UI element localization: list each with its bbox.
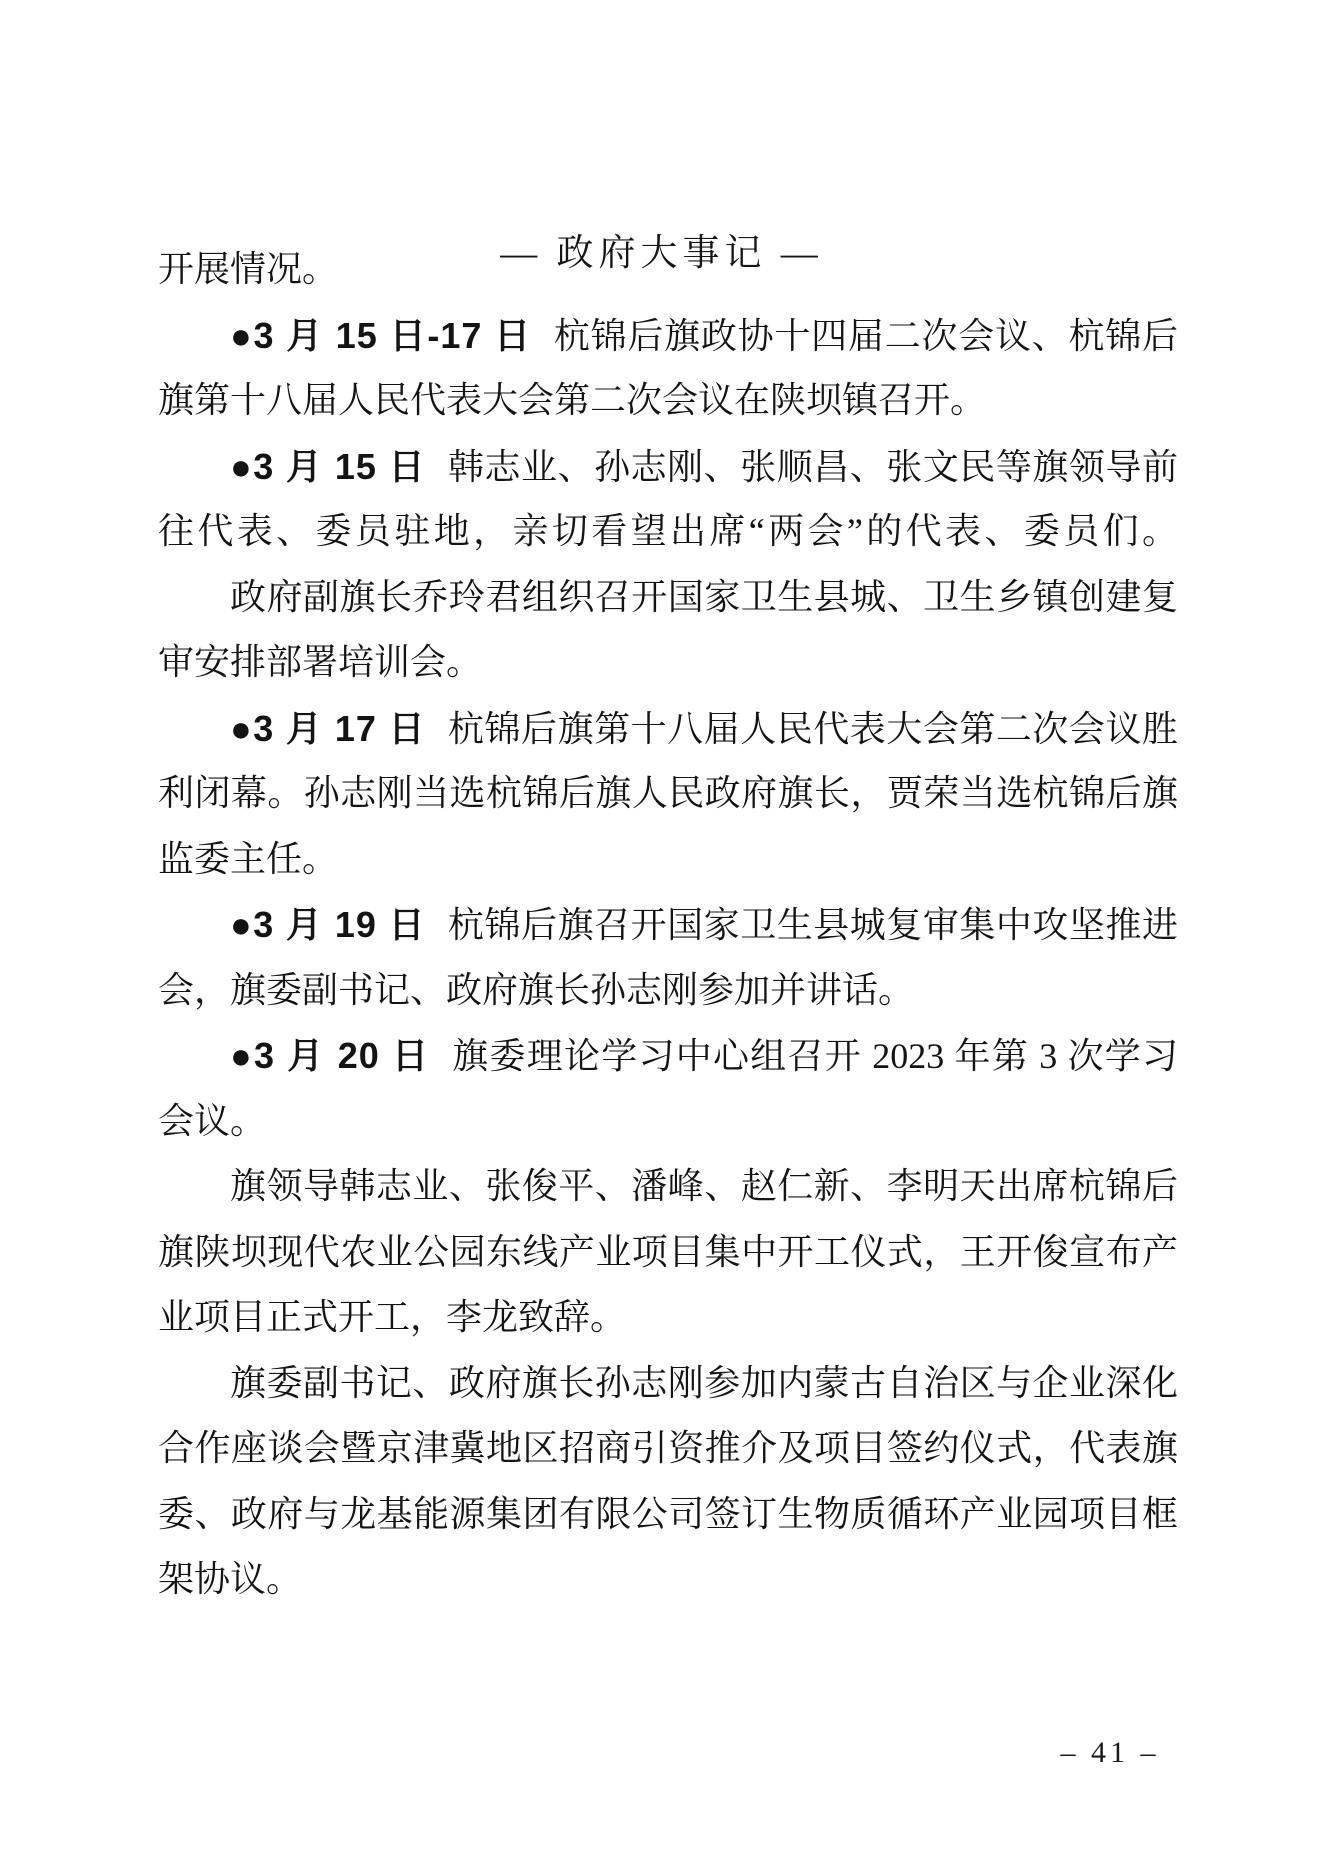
text-body: 开展情况。●3 月 15 日-17 日杭锦后旗政协十四届二次会议、杭锦后旗第十八… xyxy=(0,0,1323,1871)
bullet-date: ●3 月 17 日 xyxy=(230,708,426,749)
line-text: 会议。 xyxy=(158,1101,266,1141)
line-text: 业项目正式开工，李龙致辞。 xyxy=(158,1297,626,1337)
line-text: 开展情况。 xyxy=(158,249,338,289)
bullet-date: ●3 月 15 日 xyxy=(230,446,426,487)
line-text: 委、政府与龙基能源集团有限公司签订生物质循环产业园项目框 xyxy=(158,1494,1178,1534)
text-line: 开展情况。 xyxy=(158,246,1178,293)
line-text: 监委主任。 xyxy=(158,839,338,879)
document-page: — 政府大事记 — 开展情况。●3 月 15 日-17 日杭锦后旗政协十四届二次… xyxy=(0,0,1323,1871)
line-text: 架协议。 xyxy=(158,1559,302,1599)
line-text: 旗委副书记、政府旗长孙志刚参加内蒙古自治区与企业深化 xyxy=(230,1363,1178,1403)
line-text: 旗第十八届人民代表大会第二次会议在陕坝镇召开。 xyxy=(158,380,986,420)
text-line: 往代表、委员驻地，亲切看望出席“两会”的代表、委员们。 xyxy=(158,508,1178,555)
bullet-date: ●3 月 20 日 xyxy=(230,1035,430,1076)
line-text: 利闭幕。孙志刚当选杭锦后旗人民政府旗长，贾荣当选杭锦后旗 xyxy=(158,773,1178,813)
line-text: 会，旗委副书记、政府旗长孙志刚参加并讲话。 xyxy=(158,970,914,1010)
line-text: 韩志业、孙志刚、张顺昌、张文民等旗领导前 xyxy=(448,447,1178,487)
line-text: 审安排部署培训会。 xyxy=(158,642,482,682)
line-text: 往代表、委员驻地，亲切看望出席“两会”的代表、委员们。 xyxy=(158,511,1178,551)
text-line: 会，旗委副书记、政府旗长孙志刚参加并讲话。 xyxy=(158,967,1178,1014)
text-line: 会议。 xyxy=(158,1098,1178,1145)
text-line: 委、政府与龙基能源集团有限公司签订生物质循环产业园项目框 xyxy=(158,1491,1178,1538)
line-text: 旗委理论学习中心组召开 2023 年第 3 次学习 xyxy=(452,1036,1178,1076)
text-line: ●3 月 19 日杭锦后旗召开国家卫生县城复审集中攻坚推进 xyxy=(158,901,1178,949)
text-line: 旗委副书记、政府旗长孙志刚参加内蒙古自治区与企业深化 xyxy=(158,1360,1178,1407)
line-text: 杭锦后旗召开国家卫生县城复审集中攻坚推进 xyxy=(448,905,1178,945)
text-line: 旗领导韩志业、张俊平、潘峰、赵仁新、李明天出席杭锦后 xyxy=(158,1163,1178,1210)
text-line: ●3 月 15 日-17 日杭锦后旗政协十四届二次会议、杭锦后 xyxy=(158,312,1178,360)
text-line: 利闭幕。孙志刚当选杭锦后旗人民政府旗长，贾荣当选杭锦后旗 xyxy=(158,770,1178,817)
line-text: 政府副旗长乔玲君组织召开国家卫生县城、卫生乡镇创建复 xyxy=(230,577,1178,617)
text-line: 旗第十八届人民代表大会第二次会议在陕坝镇召开。 xyxy=(158,377,1178,424)
text-line: 合作座谈会暨京津冀地区招商引资推介及项目签约仪式，代表旗 xyxy=(158,1425,1178,1472)
line-text: 旗陕坝现代农业公园东线产业项目集中开工仪式，王开俊宣布产 xyxy=(158,1232,1178,1272)
text-line: ●3 月 17 日杭锦后旗第十八届人民代表大会第二次会议胜 xyxy=(158,705,1178,753)
text-line: 业项目正式开工，李龙致辞。 xyxy=(158,1294,1178,1341)
line-text: 合作座谈会暨京津冀地区招商引资推介及项目签约仪式，代表旗 xyxy=(158,1428,1178,1468)
text-line: 架协议。 xyxy=(158,1556,1178,1603)
bullet-date: ●3 月 15 日-17 日 xyxy=(230,315,532,356)
text-line: ●3 月 20 日旗委理论学习中心组召开 2023 年第 3 次学习 xyxy=(158,1032,1178,1080)
text-line: 审安排部署培训会。 xyxy=(158,639,1178,686)
text-line: 旗陕坝现代农业公园东线产业项目集中开工仪式，王开俊宣布产 xyxy=(158,1229,1178,1276)
page-number: – 41 – xyxy=(1015,1736,1205,1770)
text-line: 监委主任。 xyxy=(158,836,1178,883)
bullet-date: ●3 月 19 日 xyxy=(230,904,426,945)
line-text: 旗领导韩志业、张俊平、潘峰、赵仁新、李明天出席杭锦后 xyxy=(230,1166,1178,1206)
text-line: ●3 月 15 日韩志业、孙志刚、张顺昌、张文民等旗领导前 xyxy=(158,443,1178,491)
line-text: 杭锦后旗第十八届人民代表大会第二次会议胜 xyxy=(448,709,1178,749)
line-text: 杭锦后旗政协十四届二次会议、杭锦后 xyxy=(554,316,1178,356)
text-line: 政府副旗长乔玲君组织召开国家卫生县城、卫生乡镇创建复 xyxy=(158,574,1178,621)
